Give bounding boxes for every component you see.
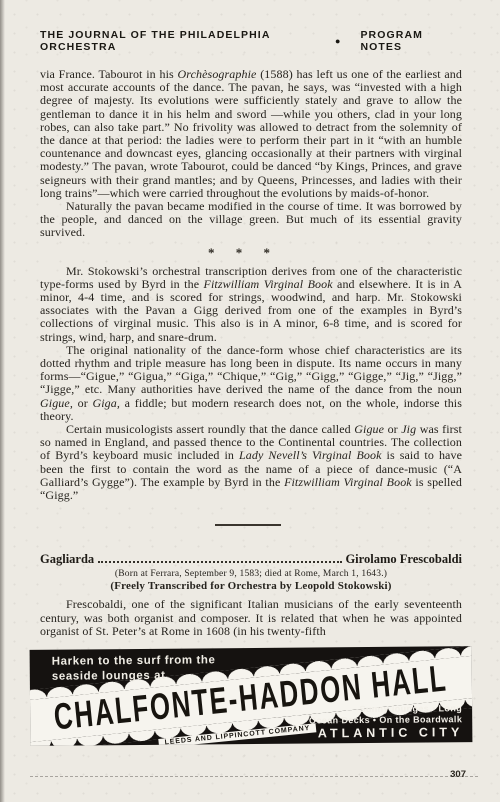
- paragraph: Naturally the pavan became modified in t…: [40, 200, 462, 240]
- work-heading: Gagliarda Girolamo Frescobaldi: [40, 552, 462, 567]
- paragraph: The original nationality of the dance-fo…: [40, 344, 462, 423]
- ad-amenities: Sunny lounges • Long Ocean Decks • On th…: [309, 703, 462, 726]
- section-title: PROGRAM NOTES: [360, 29, 462, 53]
- page-header: THE JOURNAL OF THE PHILADELPHIA ORCHESTR…: [40, 29, 462, 53]
- text-column: THE JOURNAL OF THE PHILADELPHIA ORCHESTR…: [0, 29, 500, 744]
- asterisk-separator: * * *: [28, 246, 450, 260]
- program-notes-body: via France. Tabourot in his Orchèsograph…: [40, 68, 462, 502]
- paragraph: Frescobaldi, one of the significant Ital…: [40, 598, 462, 638]
- ad-tagline: Harken to the surf from the seaside loun…: [52, 653, 216, 683]
- journal-title: THE JOURNAL OF THE PHILADELPHIA ORCHESTR…: [40, 29, 335, 53]
- header-right: ● PROGRAM NOTES: [335, 29, 462, 53]
- composer-name: Girolamo Frescobaldi: [345, 552, 462, 567]
- bullet-icon: ●: [335, 36, 340, 46]
- page-number: 307: [450, 769, 466, 780]
- ad-tagline-line1: Harken to the surf from the: [52, 653, 216, 669]
- ad-tagline-line2: seaside lounges at: [52, 668, 216, 684]
- paragraph: Mr. Stokowski’s orchestral transcription…: [40, 265, 462, 344]
- paragraph: via France. Tabourot in his Orchèsograph…: [40, 68, 462, 200]
- work-title: Gagliarda: [40, 552, 94, 567]
- dot-leader: [98, 561, 342, 563]
- scanned-page: THE JOURNAL OF THE PHILADELPHIA ORCHESTR…: [0, 0, 500, 802]
- paragraph: Certain musicologists assert roundly tha…: [40, 423, 462, 502]
- composer-dates: (Born at Ferrara, September 9, 1583; die…: [40, 569, 462, 579]
- section-divider: [215, 524, 281, 526]
- hotel-advertisement: Harken to the surf from the seaside loun…: [30, 646, 473, 746]
- ad-city-name: ATLANTIC CITY: [318, 725, 464, 740]
- transcription-credit: (Freely Transcribed for Orchestra by Leo…: [40, 580, 462, 592]
- scan-artifact-line: [30, 776, 478, 777]
